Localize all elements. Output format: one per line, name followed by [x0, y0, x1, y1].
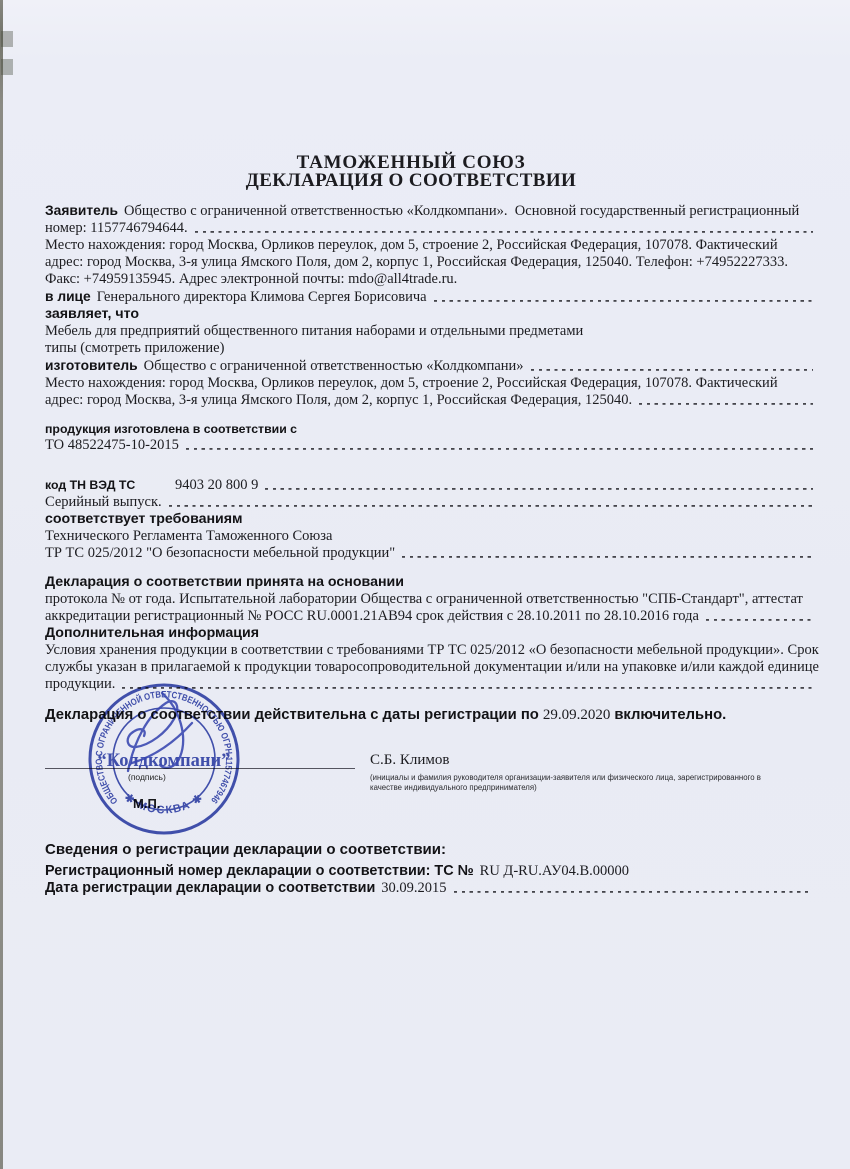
technical-conditions-line: ТО 48522475-10-2015 [45, 437, 813, 454]
title-line-1: ТАМОЖЕННЫЙ СОЮЗ [27, 155, 795, 171]
signature-block: (подпись) С.Б. Климов (инициалы и фамили… [45, 724, 813, 841]
manufacturer-label: изготовитель [45, 357, 138, 374]
additional-info-header: Дополнительная информация [45, 625, 813, 642]
additional-line-1: Условия хранения продукции в соответстви… [45, 642, 813, 659]
scanned-declaration-page: ТАМОЖЕННЫЙ СОЮЗ ДЕКЛАРАЦИЯ О СООТВЕТСТВИ… [0, 0, 850, 1169]
applicant-line-2: номер: 1157746794644. [45, 220, 813, 237]
dotted-leader [122, 672, 813, 689]
signatory-name: С.Б. Климов [370, 752, 449, 769]
dotted-leader [706, 604, 813, 621]
applicant-label: Заявитель [45, 202, 118, 219]
scan-left-edge [0, 0, 3, 1169]
dotted-leader [402, 541, 813, 558]
manufacturer-location-line-2: адрес: город Москва, 3-я улица Ямского П… [45, 392, 813, 409]
serial-release-line: Серийный выпуск. [45, 494, 813, 511]
scan-artifact [1, 31, 13, 47]
dotted-leader [639, 388, 813, 405]
complies-header: соответствует требованиям [45, 511, 813, 528]
regulation-line-2: ТР ТС 025/2012 "О безопасности мебельной… [45, 545, 813, 562]
document-body: ТАМОЖЕННЫЙ СОЮЗ ДЕКЛАРАЦИЯ О СООТВЕТСТВИ… [45, 155, 813, 897]
tn-ved-label: код ТН ВЭД ТС [45, 477, 175, 494]
dotted-leader [186, 433, 813, 450]
scan-artifact [1, 59, 13, 75]
dotted-leader [195, 216, 813, 233]
basis-line-1: протокола № от года. Испытательной лабор… [45, 591, 813, 608]
additional-line-3: продукции. [45, 676, 813, 693]
in-person-line: в лице Генерального директора Климова Се… [45, 288, 813, 306]
validity-line: Декларация о соответствии действительна … [45, 706, 813, 724]
registration-header: Сведения о регистрации декларации о соот… [45, 841, 813, 859]
basis-line-2: аккредитации регистрационный № РОСС RU.0… [45, 608, 813, 625]
stamp-place-label: М.П. [133, 796, 160, 811]
signatory-name-caption: (инициалы и фамилия руководителя организ… [370, 773, 770, 793]
signature-caption: (подпись) [128, 772, 166, 782]
declares-header: заявляет, что [45, 306, 813, 323]
location-line-1: Место нахождения: город Москва, Орликов … [45, 237, 813, 254]
signature-line [45, 768, 355, 769]
dotted-leader [531, 353, 813, 371]
manufacturer-line: изготовитель Общество с ограниченной отв… [45, 357, 813, 375]
location-line-2: адрес: город Москва, 3-я улица Ямского П… [45, 254, 813, 271]
title-line-2: ДЕКЛАРАЦИЯ О СООТВЕТСТВИИ [27, 173, 795, 189]
dotted-leader [265, 473, 813, 490]
product-line-1: Мебель для предприятий общественного пит… [45, 323, 813, 340]
dotted-leader [169, 490, 813, 507]
basis-header: Декларация о соответствии принята на осн… [45, 574, 813, 591]
registration-date-line: Дата регистрации декларации о соответств… [45, 880, 813, 897]
validity-date: 29.09.2020 [543, 706, 611, 724]
dotted-leader [454, 876, 813, 893]
in-person-label: в лице [45, 288, 91, 305]
dotted-leader [434, 284, 813, 302]
document-title: ТАМОЖЕННЫЙ СОЮЗ ДЕКЛАРАЦИЯ О СООТВЕТСТВИ… [27, 155, 795, 189]
